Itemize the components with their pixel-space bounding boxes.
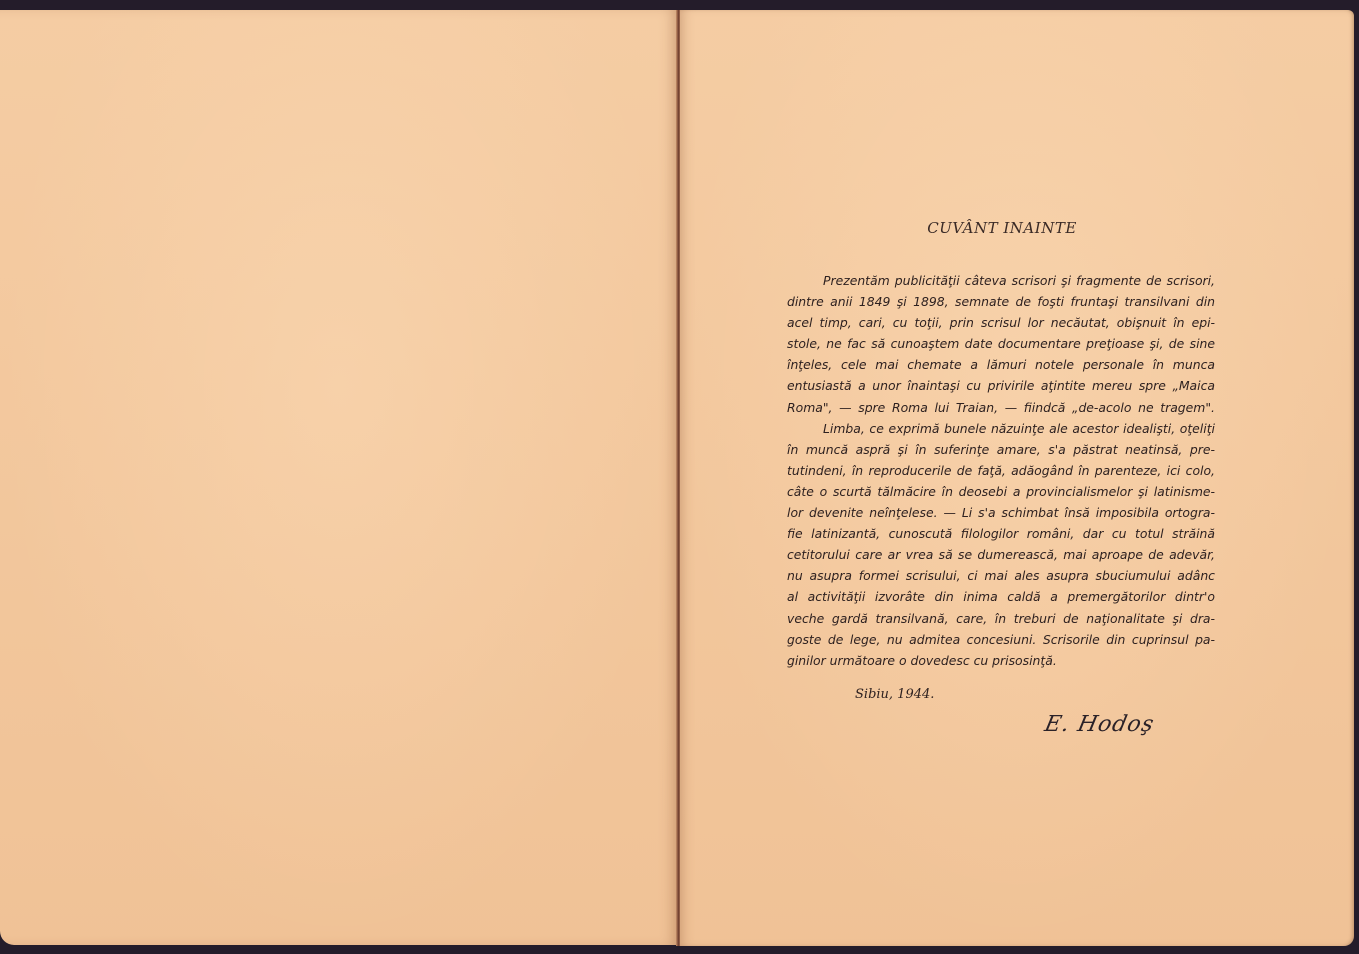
text-line: goste de lege, nu admitea concesiuni. Sc… [787,629,1215,650]
text-line: în muncă aspră şi în suferinţe amare, s'… [787,439,1215,460]
text-line: fie latinizantă, cunoscută filologilor r… [787,523,1215,544]
text-line: cetitorului care ar vrea să se dumereasc… [787,544,1215,565]
text-line: Limba, ce exprimă bunele năzuinţe ale ac… [787,418,1215,439]
text-line: nu asupra formei scrisului, ci mai ales … [787,565,1215,586]
text-line: tutindeni, în reproducerile de faţă, adă… [787,460,1215,481]
open-book: CUVÂNT INAINTE Prezentăm publicităţii câ… [0,0,1359,954]
author-signature: E. Hodoş [1042,712,1156,737]
place-date: Sibiu, 1944. [855,687,934,702]
text-line: dintre anii 1849 şi 1898, semnate de foş… [787,291,1215,312]
text-line: stole, ne fac să cunoaştem date document… [787,333,1215,354]
text-line: veche gardă transilvană, care, în trebur… [787,608,1215,629]
text-line: lor devenite neînţelese. — Li s'a schimb… [787,502,1215,523]
foreword-text: Prezentăm publicităţii câteva scrisori ş… [787,270,1215,671]
text-line: ginilor următoare o dovedesc cu prisosin… [787,650,1215,671]
text-line: entusiastă a unor înaintaşi cu privirile… [787,375,1215,396]
text-line: înţeles, cele mai chemate a lămuri notel… [787,354,1215,375]
text-line: câte o scurtă tălmăcire în deosebi a pro… [787,481,1215,502]
text-line: Roma", — spre Roma lui Traian, — fiindcă… [787,397,1215,418]
text-line: acel timp, cari, cu toţii, prin scrisul … [787,312,1215,333]
text-line: al activităţii izvorâte din inima caldă … [787,586,1215,607]
text-line: Prezentăm publicităţii câteva scrisori ş… [787,270,1215,291]
left-page-blank [0,10,678,945]
page-title: CUVÂNT INAINTE [680,219,1324,237]
